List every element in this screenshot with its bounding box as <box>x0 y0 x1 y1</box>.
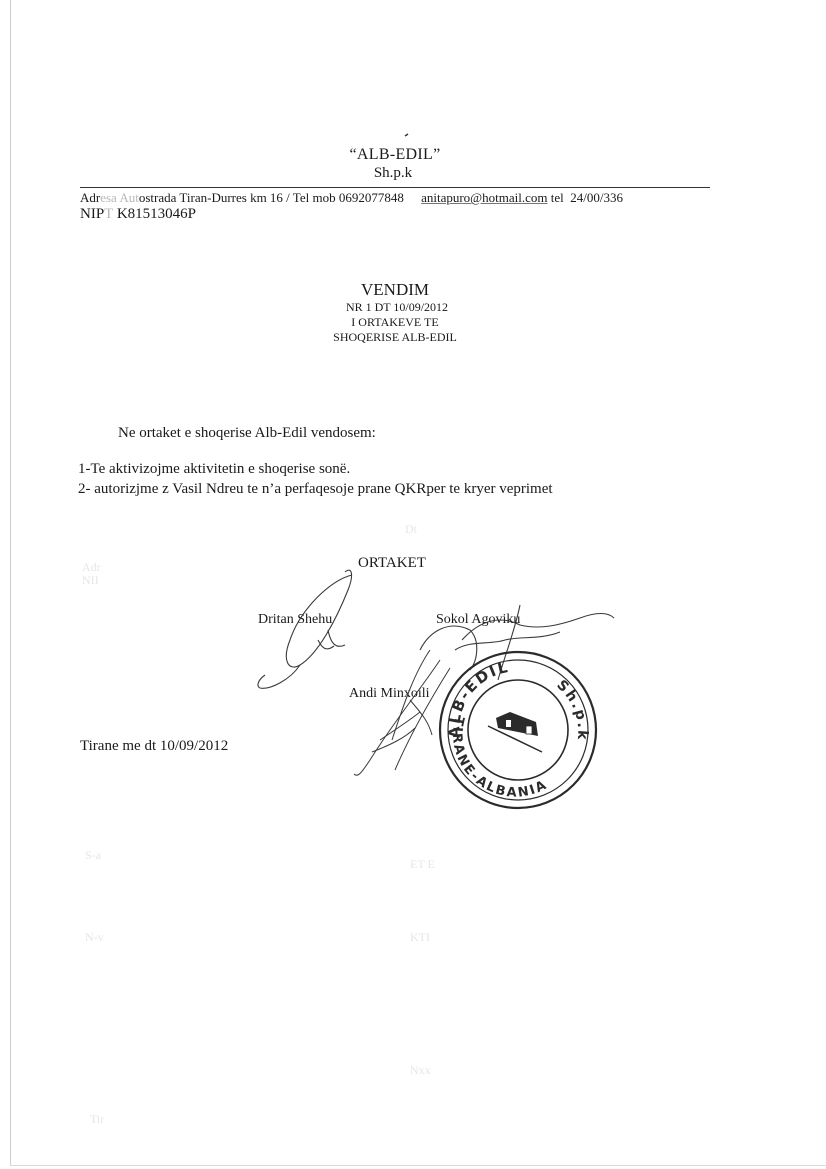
ink-speck <box>405 134 408 136</box>
house-emblem-icon <box>488 712 542 752</box>
signature-andi-minxoili <box>354 650 450 775</box>
svg-text:Sh.p.k: Sh.p.k <box>553 677 590 742</box>
scanned-document-page: “ALB-EDIL” Sh.p.k Adresa Autostrada Tira… <box>0 0 826 1169</box>
signatures-and-stamp-layer: ALB-EDIL Sh.p.k TIRANE-ALBANIA <box>0 0 826 1169</box>
signature-dritan-shehu <box>258 570 352 688</box>
company-stamp: ALB-EDIL Sh.p.k TIRANE-ALBANIA <box>440 652 596 808</box>
